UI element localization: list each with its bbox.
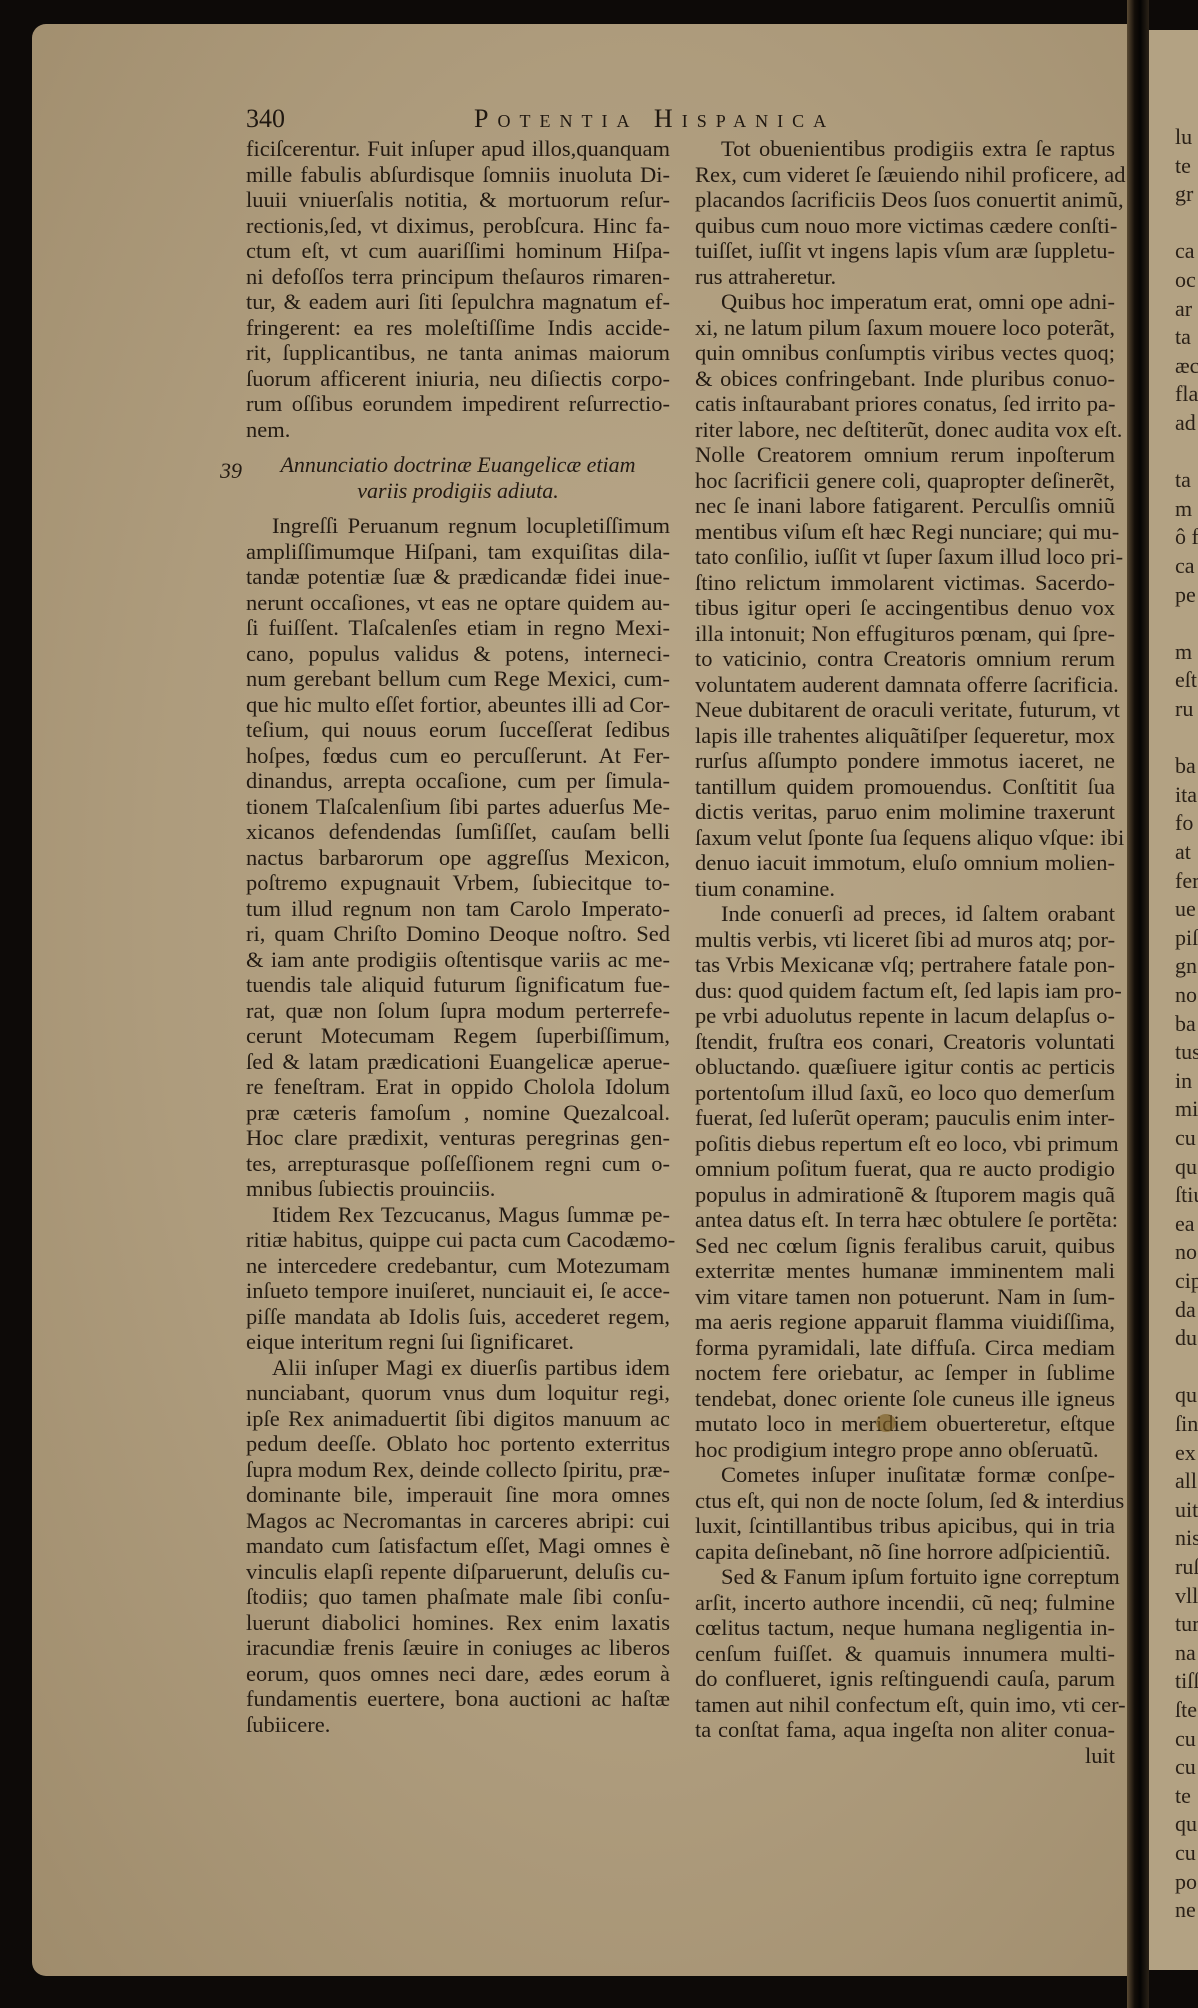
- text-line: tes, arrepturasque poſſeſſionem regni cu…: [246, 1151, 670, 1177]
- text-line: variis prodigiis adiuta.: [246, 478, 670, 504]
- text-line: Rex, cum videret ſe ſæuiendo nihil profi…: [695, 162, 1115, 188]
- text-line: tantillum quidem promouendus. Conſtitit …: [695, 774, 1115, 800]
- text-line: tium conamine.: [695, 876, 1115, 902]
- text-line: tum illud regnum non tam Carolo Imperato…: [246, 896, 670, 922]
- text-line: luuii vniuerſalis notitia, & mortuorum r…: [246, 187, 670, 213]
- text-line: fundamentis euertere, bona auctioni ac h…: [246, 1686, 670, 1712]
- text-line: tuiſſet, iuſſit vt ingens lapis vſum aræ…: [695, 238, 1115, 264]
- text-line: nactus barbarorum ope aggreſſus Mexicon,: [246, 845, 670, 871]
- text-line: ri, quam Chriſto Domino Deoque noſtro. S…: [246, 921, 670, 947]
- book-gutter: [1127, 0, 1149, 2008]
- text-line: obluctando. quæſiuere igitur contis ac p…: [695, 1054, 1115, 1080]
- paragraph: Cometes inſuper inuſitatæ formæ conſpe-c…: [695, 1462, 1115, 1564]
- text-line: ſubiicere.: [246, 1712, 670, 1738]
- running-head: 340 Potentia Hispanica: [246, 104, 1086, 138]
- text-line: & obices confringebant. Inde pluribus co…: [695, 366, 1115, 392]
- text-line: catis inſtaurabant priores conatus, ſed …: [695, 391, 1115, 417]
- text-line: to vaticinio, contra Creatoris omnium re…: [695, 646, 1115, 672]
- text-line: tamen aut nihil confectum eſt, quin imo,…: [695, 1692, 1115, 1718]
- text-line: dinandus, arrepta occaſione, cum per ſim…: [246, 768, 670, 794]
- text-line: forma pyramidali, late diffuſa. Circa me…: [695, 1335, 1115, 1361]
- paragraph: ficiſcerentur. Fuit inſuper apud illos,q…: [246, 136, 670, 442]
- text-line: ne intercedere credebantur, cum Motezuma…: [246, 1253, 670, 1279]
- next-page-fragment: lutegrcaocartaæcflaadtamô fcapemeſtrubai…: [1149, 30, 1198, 1970]
- text-line: arſit, incerto authore incendii, cũ neq;…: [695, 1590, 1115, 1616]
- text-line: Magos ac Necromantas in carceres abripi:…: [246, 1508, 670, 1534]
- text-line: riter labore, nec deſtiterũt, donec audi…: [695, 417, 1115, 443]
- text-line: dominante bile, imperauit ſine mora omne…: [246, 1482, 670, 1508]
- text-line: eorum, quos omnes neci dare, ædes eorum …: [246, 1661, 670, 1687]
- text-line: iracundiæ frenis ſæuire in coniuges ac l…: [246, 1635, 670, 1661]
- text-line: rurſus aſſumpto pondere immotus iaceret,…: [695, 748, 1115, 774]
- text-line: ma aeris regione apparuit flamma viuidiſ…: [695, 1309, 1115, 1335]
- text-line: luerunt diabolici homines. Rex enim laxa…: [246, 1610, 670, 1636]
- next-page-text-fragment: du: [1175, 1321, 1197, 1355]
- text-line: lapis ille trahentes aliquãtiſper ſequer…: [695, 723, 1115, 749]
- text-line: mille fabulis abſurdisque ſomniis inuolu…: [246, 162, 670, 188]
- text-line: piſſe mandata ab Idolis ſuis, accederet …: [246, 1304, 670, 1330]
- text-line: ni defoſſos terra principum theſauros ri…: [246, 264, 670, 290]
- paragraph: Tot obuenientibus prodigiis extra ſe rap…: [695, 136, 1115, 289]
- next-page-text-fragment: pe: [1175, 578, 1196, 612]
- text-line: multis verbis, vti liceret ſibi ad muros…: [695, 927, 1115, 953]
- text-line: eique interitum regni ſui ſignificaret.: [246, 1329, 670, 1355]
- text-line: fringerent: ea res moleſtiſſime Indis ac…: [246, 315, 670, 341]
- text-line: xicanos defendendas ſumſiſſet, cauſam be…: [246, 819, 670, 845]
- text-line: ſuorum afficerent iniuria, neu diſiectis…: [246, 366, 670, 392]
- text-line: cano, populus validus & potens, internec…: [246, 641, 670, 667]
- text-line: nerunt occaſiones, vt eas ne optare quid…: [246, 590, 670, 616]
- right-column: Tot obuenientibus prodigiis extra ſe rap…: [695, 136, 1115, 1768]
- paragraph: Alii inſuper Magi ex diuerſis partibus i…: [246, 1355, 670, 1738]
- text-line: do conflueret, ignis reſtinguendi cauſa,…: [695, 1666, 1115, 1692]
- text-line: denuo iacuit immotum, eluſo omnium molie…: [695, 850, 1115, 876]
- text-line: voluntatem auderent damnata offerre ſacr…: [695, 672, 1115, 698]
- text-line: Ingreſſi Peruanum regnum locupletiſſimum: [246, 513, 670, 539]
- text-line: tuendis tale aliquid futurum ſignificatu…: [246, 972, 670, 998]
- text-line: ſupra modum Rex, deinde collecto ſpiritu…: [246, 1457, 670, 1483]
- text-line: ampliſſimumque Hiſpani, tam exquiſitas d…: [246, 539, 670, 565]
- text-line: tionem Tlaſcalenſium ſibi partes aduerſu…: [246, 794, 670, 820]
- text-line: placandos ſacrificiis Deos ſuos conuerti…: [695, 187, 1115, 213]
- text-line: rus attraheretur.: [695, 264, 1115, 290]
- text-line: dictis veritas, paruo enim molimine trax…: [695, 799, 1115, 825]
- text-line: ſtodiis; quo tamen phaſmate male ſibi co…: [246, 1584, 670, 1610]
- text-line: xi, ne latum pilum ſaxum mouere loco pot…: [695, 315, 1115, 341]
- text-line: Sed & Fanum ipſum fortuito igne correptu…: [695, 1564, 1115, 1590]
- text-line: ta conſtat fama, aqua ingeſta non aliter…: [695, 1717, 1115, 1743]
- text-line: ſi fuiſſent. Tlaſcalenſes etiam in regno…: [246, 615, 670, 641]
- paragraph: Quibus hoc imperatum erat, omni ope adni…: [695, 289, 1115, 901]
- left-column: ficiſcerentur. Fuit inſuper apud illos,q…: [246, 136, 670, 1737]
- text-line: num gerebant bellum cum Rege Mexici, cum…: [246, 666, 670, 692]
- next-page-text-fragment: ne: [1175, 1893, 1196, 1927]
- paragraph: Itidem Rex Tezcucanus, Magus ſummæ pe-ri…: [246, 1202, 670, 1355]
- text-line: ſed & latam prædicationi Euangelicæ aper…: [246, 1049, 670, 1075]
- text-line: Annunciatio doctrinæ Euangelicæ etiam: [246, 452, 670, 478]
- text-line: præ cæteris famoſum , nomine Quezalcoal.: [246, 1100, 670, 1126]
- text-line: Cometes inſuper inuſitatæ formæ conſpe-: [695, 1462, 1115, 1488]
- text-line: Quibus hoc imperatum erat, omni ope adni…: [695, 289, 1115, 315]
- text-line: que hic multo eſſet fortior, abeuntes il…: [246, 692, 670, 718]
- text-line: mnibus ſubiectis prouinciis.: [246, 1176, 670, 1202]
- margin-note: 39: [220, 458, 242, 484]
- text-line: ipſe Rex animaduertit ſibi digitos manuu…: [246, 1406, 670, 1432]
- text-line: tandæ potentiæ ſuæ & prædicandæ fidei in…: [246, 564, 670, 590]
- text-line: Inde conuerſi ad preces, id ſaltem oraba…: [695, 901, 1115, 927]
- text-line: ſaxum velut ſponte ſua ſequens aliquo vſ…: [695, 825, 1115, 851]
- text-line: poſitis diebus repertum eſt eo loco, vbi…: [695, 1131, 1115, 1157]
- paragraph: Inde conuerſi ad preces, id ſaltem oraba…: [695, 901, 1115, 1462]
- text-line: hoſpes, fœdus cum eo percuſſerunt. At Fe…: [246, 743, 670, 769]
- text-line: Sed nec cœlum ſignis feralibus caruit, q…: [695, 1233, 1115, 1259]
- text-line: pe vrbi aduolutus repente in lacum delap…: [695, 1003, 1115, 1029]
- text-line: capita deſinebant, nõ ſine horrore adſpi…: [695, 1539, 1115, 1565]
- text-line: vinculis elapſi repente diſparuerunt, de…: [246, 1559, 670, 1585]
- text-line: mandato cum ſatisfactum eſſet, Magi omne…: [246, 1533, 670, 1559]
- text-line: ritiæ habitus, quippe cui pacta cum Caco…: [246, 1227, 670, 1253]
- text-line: teſium, qui nouus eorum ſucceſſerat ſedi…: [246, 717, 670, 743]
- next-page-text-fragment: ad: [1175, 406, 1196, 440]
- text-line: poſtremo expugnauit Vrbem, ſubiecitque t…: [246, 870, 670, 896]
- text-line: dus: quod quidem factum eſt, ſed lapis i…: [695, 978, 1115, 1004]
- text-line: tendebat, donec oriente ſole cuneus ille…: [695, 1386, 1115, 1412]
- text-line: vim vitare tamen non potuerunt. Nam in ſ…: [695, 1284, 1115, 1310]
- text-line: noctem fere oriebatur, ac ſemper in ſubl…: [695, 1360, 1115, 1386]
- text-line: mentibus viſum eſt hæc Regi nunciare; qu…: [695, 519, 1115, 545]
- text-line: hoc prodigium integro prope anno obſerua…: [695, 1437, 1115, 1463]
- text-line: inſueto tempore inuiſeret, nunciauit ei,…: [246, 1278, 670, 1304]
- text-line: re feneſtram. Erat in oppido Cholola Ido…: [246, 1074, 670, 1100]
- text-line: nunciabant, quorum vnus dum loquitur reg…: [246, 1380, 670, 1406]
- ink-stain: [876, 1414, 896, 1432]
- text-line: rectionis,ſed, vt diximus, perobſcura. H…: [246, 213, 670, 239]
- paragraph: Sed & Fanum ipſum fortuito igne correptu…: [695, 1564, 1115, 1743]
- text-line: populus in admirationẽ & ſtuporem magis …: [695, 1182, 1115, 1208]
- text-line: cenſum fuiſſet. & quamuis innumera multi…: [695, 1641, 1115, 1667]
- text-line: rit, ſupplicantibus, ne tanta animas mai…: [246, 340, 670, 366]
- text-line: nem.: [246, 417, 670, 443]
- text-line: cerunt Motecumam Regem ſuperbiſſimum,: [246, 1023, 670, 1049]
- text-line: illa intonuit; Non effugituros pœnam, qu…: [695, 621, 1115, 647]
- text-line: quibus cum nouo more victimas cædere con…: [695, 213, 1115, 239]
- text-line: hoc ſacrificii genere coli, quapropter d…: [695, 468, 1115, 494]
- page-number: 340: [246, 104, 285, 134]
- text-line: Alii inſuper Magi ex diuerſis partibus i…: [246, 1355, 670, 1381]
- next-page-text-fragment: gr: [1175, 177, 1193, 211]
- text-line: tas Vrbis Mexicanæ vſq; pertrahere fatal…: [695, 952, 1115, 978]
- text-line: Hoc clare prædixit, venturas peregrinas …: [246, 1125, 670, 1151]
- text-line: luxit, ſcintillantibus tribus apicibus, …: [695, 1513, 1115, 1539]
- text-line: antea datus eſt. In terra hæc obtulere ſ…: [695, 1207, 1115, 1233]
- next-page-text-fragment: ru: [1175, 692, 1193, 726]
- text-line: Neue dubitarent de oraculi veritate, fut…: [695, 697, 1115, 723]
- text-line: fuerat, ſed luſerũt operam; pauculis eni…: [695, 1105, 1115, 1131]
- text-line: pedum deeſſe. Oblato hoc portento exterr…: [246, 1431, 670, 1457]
- text-line: tur, & eadem auri ſiti ſepulchra magnatu…: [246, 289, 670, 315]
- text-line: cœlitus tactum, neque humana negligentia…: [695, 1615, 1115, 1641]
- text-line: mutato loco in meridiem obuerteretur, eſ…: [695, 1411, 1115, 1437]
- text-line: ctum eſt, vt cum auariſſimi hominum Hiſp…: [246, 238, 670, 264]
- text-line: rum oſſibus eorundem impedirent reſurrec…: [246, 391, 670, 417]
- text-line: tato conſilio, iuſſit vt ſuper ſaxum ill…: [695, 544, 1115, 570]
- text-line: omnium poſitum fuerat, qua re aucto prod…: [695, 1156, 1115, 1182]
- text-line: ctus eſt, qui non de nocte ſolum, ſed & …: [695, 1488, 1115, 1514]
- text-line: & iam ante prodigiis oſtentisque variis …: [246, 947, 670, 973]
- catchword: luit: [695, 1743, 1115, 1769]
- text-line: ſtendit, fruſtra eos conari, Creatoris v…: [695, 1029, 1115, 1055]
- text-line: Tot obuenientibus prodigiis extra ſe rap…: [695, 136, 1115, 162]
- running-title: Potentia Hispanica: [474, 104, 835, 134]
- text-line: Nolle Creatorem omnium rerum inpoſterum: [695, 442, 1115, 468]
- text-line: Itidem Rex Tezcucanus, Magus ſummæ pe-: [246, 1202, 670, 1228]
- text-line: portentoſum illud ſaxũ, eo loco quo deme…: [695, 1080, 1115, 1106]
- section-heading: Annunciatio doctrinæ Euangelicæ etiamvar…: [246, 452, 670, 503]
- text-line: ſtino relictum immolarent victimas. Sace…: [695, 570, 1115, 596]
- text-line: nec ſe inani labore fatigarent. Perculſi…: [695, 493, 1115, 519]
- text-line: quin omnibus conſumptis viribus vectes q…: [695, 340, 1115, 366]
- paragraph: Ingreſſi Peruanum regnum locupletiſſimum…: [246, 513, 670, 1202]
- text-line: tibus igitur operi ſe accingentibus denu…: [695, 595, 1115, 621]
- text-line: rat, quæ non ſolum ſupra modum perterref…: [246, 998, 670, 1024]
- text-line: exterritæ mentes humanæ imminentem mali: [695, 1258, 1115, 1284]
- text-line: ficiſcerentur. Fuit inſuper apud illos,q…: [246, 136, 670, 162]
